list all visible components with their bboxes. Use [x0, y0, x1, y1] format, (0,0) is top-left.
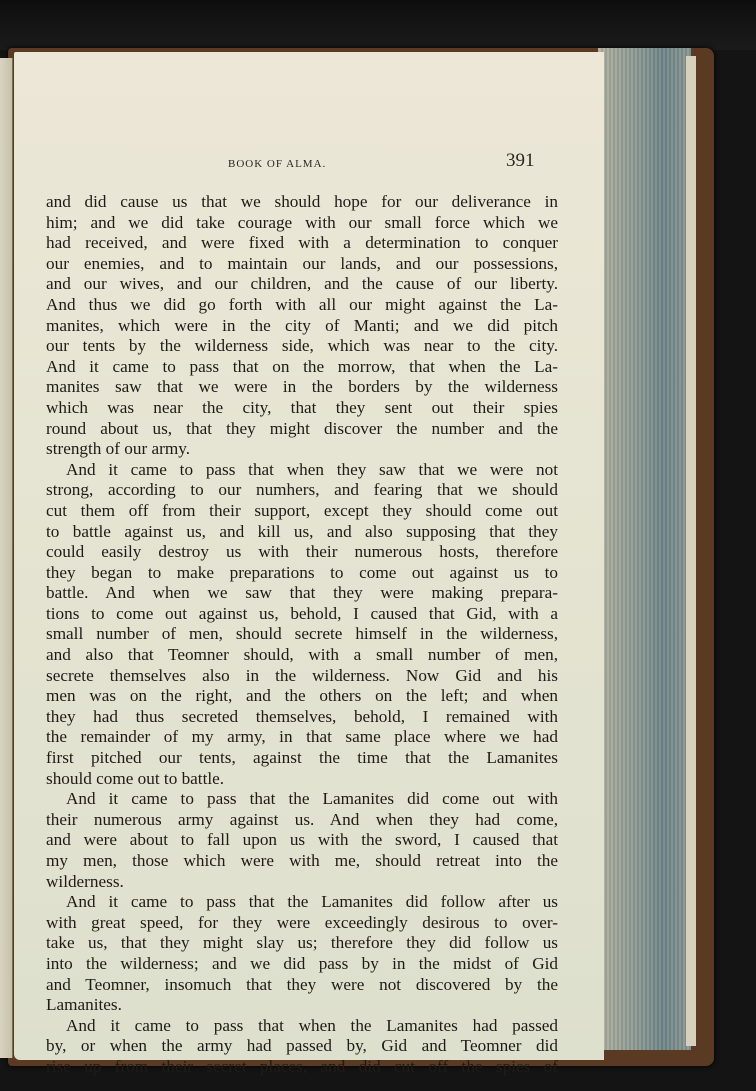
text-line: him; and we did take courage with our sm… — [46, 213, 558, 234]
text-line: could easily destroy us with their numer… — [46, 542, 558, 563]
text-line: And it came to pass that when the Lamani… — [46, 1016, 558, 1037]
text-line: strong, according to our numhers, and fe… — [46, 480, 558, 501]
text-line: had received, and were fixed with a dete… — [46, 233, 558, 254]
text-line: secrete themselves also in the wildernes… — [46, 666, 558, 687]
text-line: they had thus secreted themselves, behol… — [46, 707, 558, 728]
dark-background — [0, 0, 756, 50]
text-line: and were about to fall upon us with the … — [46, 830, 558, 851]
text-line: our enemies, and to maintain our lands, … — [46, 254, 558, 275]
text-line: small number of men, should secrete hims… — [46, 624, 558, 645]
text-line: take us, that they might slay us; theref… — [46, 933, 558, 954]
text-line: strength of our army. — [46, 439, 558, 460]
text-line: and Teomner, insomuch that they were not… — [46, 975, 558, 996]
text-line: And it came to pass that on the morrow, … — [46, 357, 558, 378]
text-line: manites, which were in the city of Manti… — [46, 316, 558, 337]
book-page: BOOK OF ALMA. 391 and did cause us that … — [14, 52, 604, 1060]
text-line: and our wives, and our children, and the… — [46, 274, 558, 295]
text-line: by, or when the army had passed by, Gid … — [46, 1036, 558, 1057]
text-line: battle. And when we saw that they were m… — [46, 583, 558, 604]
text-line: tions to come out against us, behold, I … — [46, 604, 558, 625]
text-line: which was near the city, that they sent … — [46, 398, 558, 419]
text-line: Lamanites. — [46, 995, 558, 1016]
text-line: to battle against us, and kill us, and a… — [46, 522, 558, 543]
back-endpaper-edge — [686, 56, 696, 1046]
text-line: And thus we did go forth with all our mi… — [46, 295, 558, 316]
text-line: And it came to pass that when they saw t… — [46, 460, 558, 481]
text-line: into the wilderness; and we did pass by … — [46, 954, 558, 975]
text-line: should come out to battle. — [46, 769, 558, 790]
page-number: 391 — [506, 150, 535, 172]
page-block-edge — [598, 48, 691, 1050]
text-line: and also that Teomner should, with a sma… — [46, 645, 558, 666]
text-line: wilderness. — [46, 872, 558, 893]
text-line: first pitched our tents, against the tim… — [46, 748, 558, 769]
text-line: the remainder of my army, in that same p… — [46, 727, 558, 748]
text-line: their numerous army against us. And when… — [46, 810, 558, 831]
running-title: BOOK OF ALMA. — [228, 158, 326, 170]
text-line: my men, those which were with me, should… — [46, 851, 558, 872]
text-line: manites saw that we were in the borders … — [46, 377, 558, 398]
text-line: And it came to pass that the Lamanites d… — [46, 789, 558, 810]
text-line: rise up from their secret places, and di… — [46, 1057, 558, 1078]
facing-page-edge — [0, 58, 13, 1058]
text-line: men was on the right, and the others on … — [46, 686, 558, 707]
text-line: And it came to pass that the Lamanites d… — [46, 892, 558, 913]
text-line: with great speed, for they were exceedin… — [46, 913, 558, 934]
text-line: they began to make preparations to come … — [46, 563, 558, 584]
body-text: and did cause us that we should hope for… — [46, 192, 558, 1078]
text-line: round about us, that they might discover… — [46, 419, 558, 440]
text-line: cut them off from their support, except … — [46, 501, 558, 522]
text-line: and did cause us that we should hope for… — [46, 192, 558, 213]
text-line: our tents by the wilderness side, which … — [46, 336, 558, 357]
